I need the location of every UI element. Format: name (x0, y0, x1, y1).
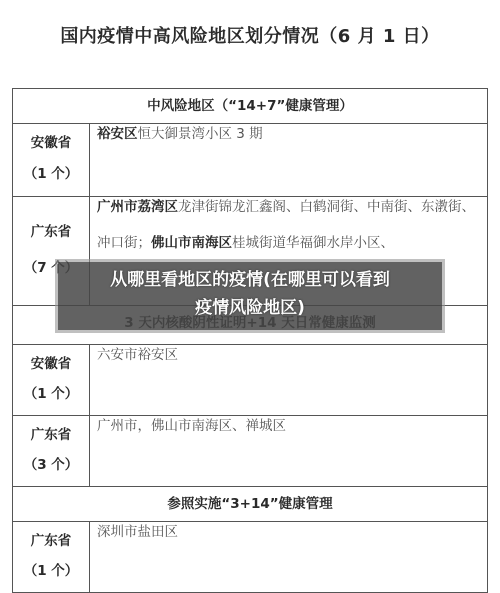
risk-area-table: 中风险地区（“14+7”健康管理） 安徽省 （1 个） 裕安区恒大御景湾小区 3… (12, 88, 488, 593)
district-bold: 广州市荔湾区 (97, 199, 178, 215)
table-row: 广东省 （1 个） 深圳市盐田区 (13, 522, 487, 592)
province-name: 广东省 (13, 426, 89, 456)
area-detail: 恒大御景湾小区 3 期 (138, 126, 263, 142)
province-name: 安徽省 (13, 134, 89, 165)
document-title: 国内疫情中高风险地区划分情况（6 月 1 日） (0, 22, 500, 48)
table-row: 安徽省 （1 个） 六安市裕安区 (13, 345, 487, 416)
area-count: （1 个） (13, 385, 89, 415)
area-count: （1 个） (13, 165, 89, 196)
areas-cell: 六安市裕安区 (90, 337, 487, 415)
caption-line-1: 从哪里看地区的疫情(在哪里可以看到 (58, 266, 442, 294)
area-count: （1 个） (13, 562, 89, 592)
province-cell: 广东省 （3 个） (13, 416, 90, 486)
area-count: （3 个） (13, 456, 89, 486)
province-cell: 安徽省 （1 个） (13, 124, 90, 196)
areas-cell: 深圳市盐田区 (90, 514, 487, 592)
area-detail: 桂城街道华福御水岸小区、 (232, 235, 394, 251)
caption-overlay: 从哪里看地区的疫情(在哪里可以看到 疫情风险地区) (58, 262, 442, 330)
district-bold: 裕安区 (97, 126, 138, 142)
district-bold: 佛山市南海区 (151, 235, 232, 251)
areas-cell: 广州市，佛山市南海区、禅城区 (90, 408, 487, 486)
province-name: 广东省 (13, 532, 89, 562)
province-cell: 广东省 （1 个） (13, 522, 90, 592)
table-row: 安徽省 （1 个） 裕安区恒大御景湾小区 3 期 (13, 124, 487, 197)
province-cell: 安徽省 （1 个） (13, 345, 90, 415)
areas-cell: 裕安区恒大御景湾小区 3 期 (90, 116, 487, 196)
province-name: 广东省 (13, 223, 89, 259)
table-row: 广东省 （3 个） 广州市，佛山市南海区、禅城区 (13, 416, 487, 487)
province-name: 安徽省 (13, 355, 89, 385)
caption-line-2: 疫情风险地区) (58, 294, 442, 322)
